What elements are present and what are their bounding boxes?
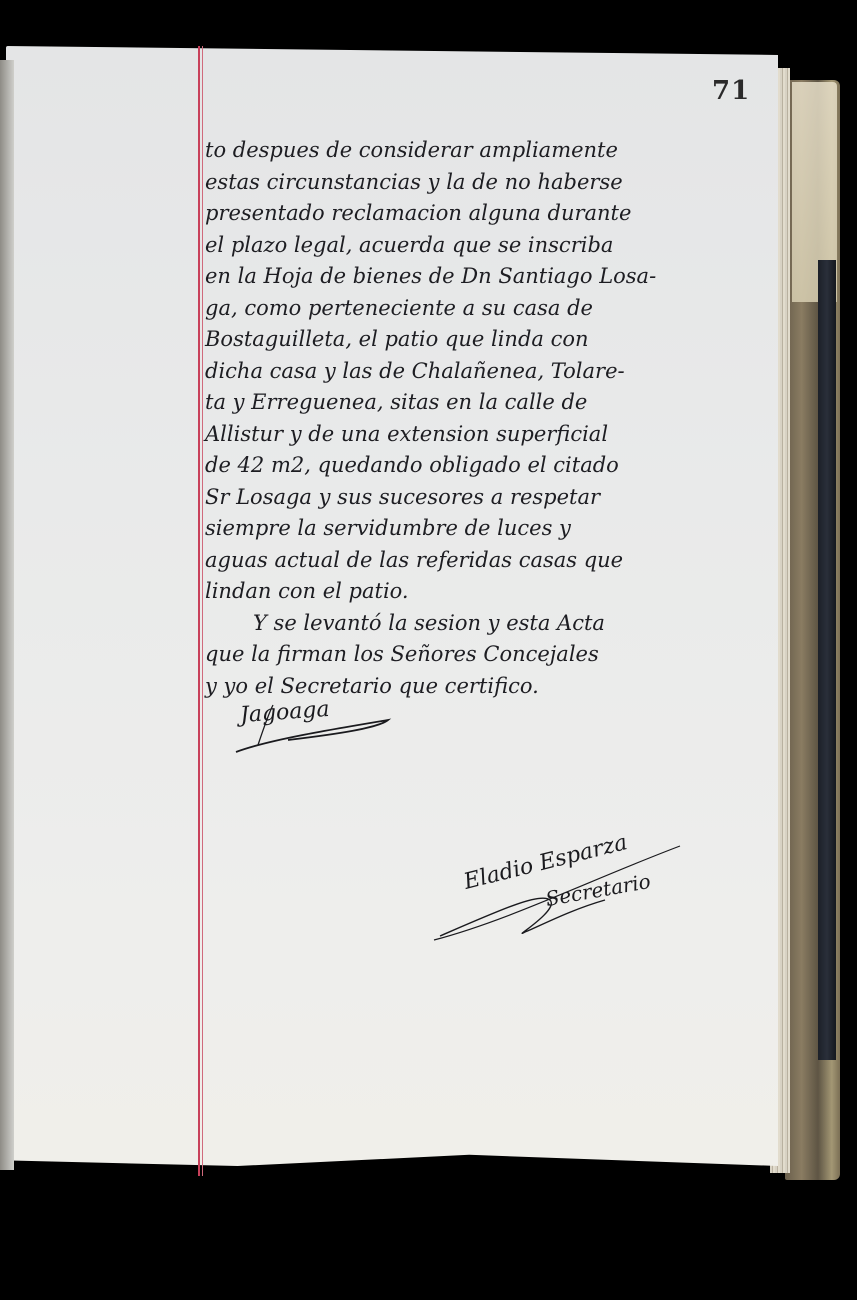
text-line: ga, como perteneciente a su casa de	[205, 293, 785, 325]
text-line: Allistur y de una extension superficial	[205, 419, 785, 451]
text-line: ta y Erreguenea, sitas en la calle de	[205, 387, 785, 419]
margin-line-secondary	[202, 46, 203, 1176]
text-line: y yo el Secretario que certifico.	[205, 671, 785, 703]
text-line: dicha casa y las de Chalañenea, Tolare-	[205, 356, 785, 388]
text-line: en la Hoja de bienes de Dn Santiago Losa…	[205, 261, 785, 293]
handwritten-body: to despues de considerar ampliamente est…	[205, 135, 785, 702]
page-left-shadow	[0, 60, 14, 1170]
signature-right-flourish-icon	[430, 840, 690, 950]
text-line: Sr Losaga y sus sucesores a respetar	[205, 482, 785, 514]
text-line: que la firman los Señores Concejales	[205, 639, 785, 671]
text-line: lindan con el patio.	[205, 576, 785, 608]
text-line: aguas actual de las referidas casas que	[205, 545, 785, 577]
text-line: siempre la servidumbre de luces y	[205, 513, 785, 545]
text-line: Y se levantó la sesion y esta Acta	[205, 608, 785, 640]
signature-left-flourish-icon	[228, 700, 398, 760]
text-line: estas circunstancias y la de no haberse	[205, 167, 785, 199]
text-line: presentado reclamacion alguna durante	[205, 198, 785, 230]
text-line: to despues de considerar ampliamente	[205, 135, 785, 167]
text-line: de 42 m2, quedando obligado el citado	[205, 450, 785, 482]
book-cover-dark-strip	[818, 260, 836, 1060]
text-line: Bostaguilleta, el patio que linda con	[205, 324, 785, 356]
page-number: 71	[712, 76, 750, 106]
margin-line	[198, 46, 200, 1176]
text-line: el plazo legal, acuerda que se inscriba	[205, 230, 785, 262]
